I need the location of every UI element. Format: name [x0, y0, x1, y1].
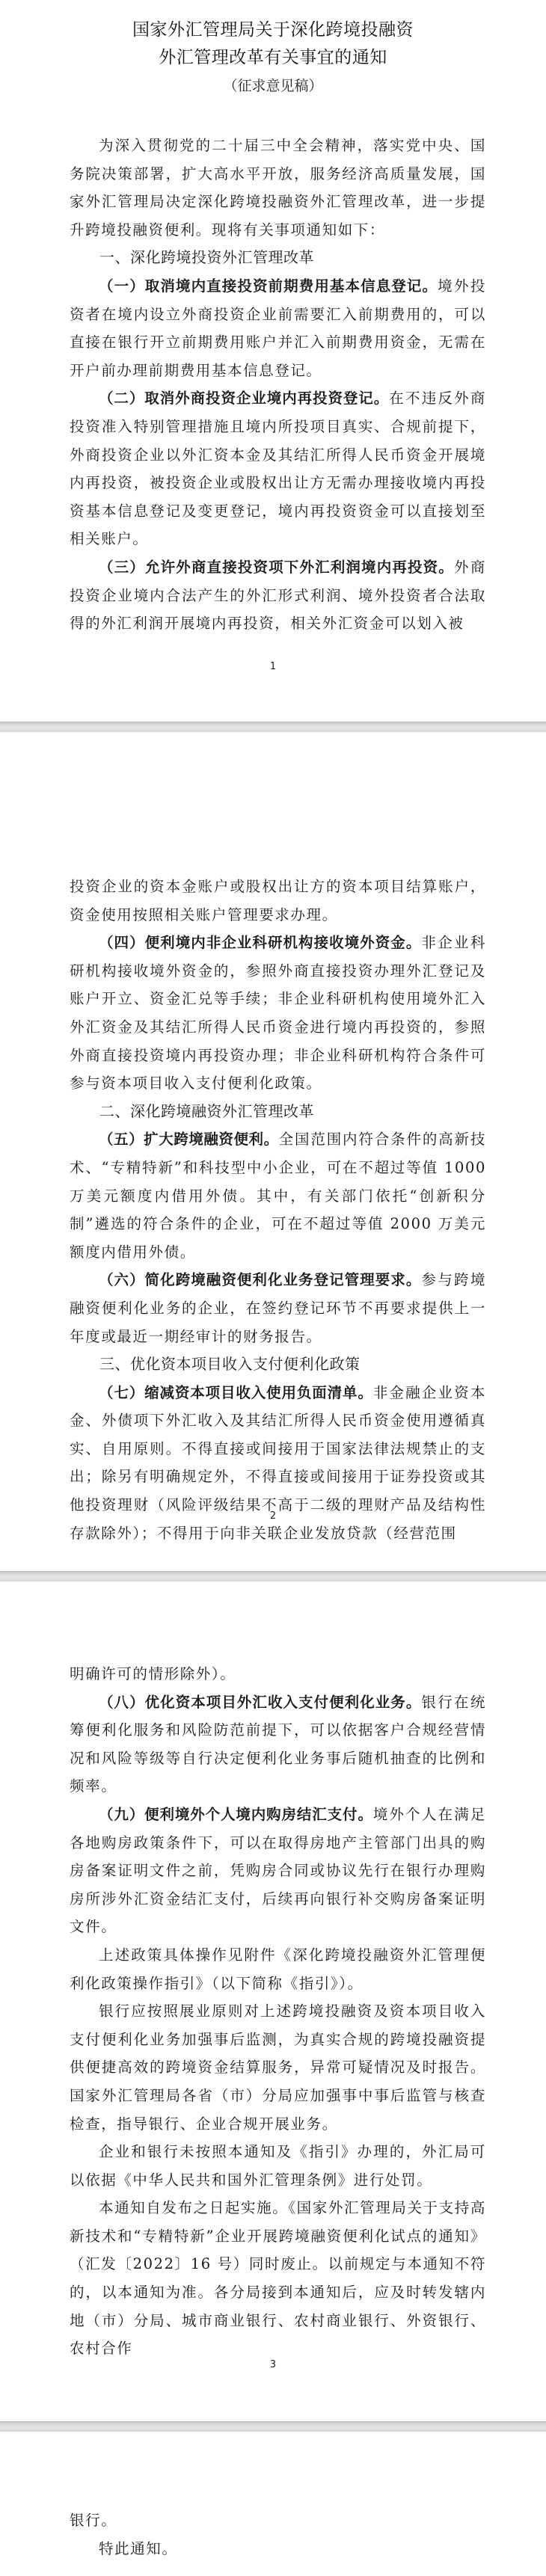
item-4-text: 非企业科研机构接收境外资金的，参照外商直接投资办理外汇登记及账户开立、资金汇兑等…: [70, 934, 486, 1092]
item-5: （五）扩大跨境融资便利。全国范围内符合条件的高新技术、“专精特新”和科技型中小企…: [70, 1125, 486, 1266]
item-4: （四）便利境内非企业科研机构接收境外资金。非企业科研机构接收境外资金的，参照外商…: [70, 929, 486, 1098]
page-number-2: 2: [0, 1510, 546, 1522]
page-4-body: 银行。 特此通知。: [70, 2506, 486, 2563]
item-9-lead: （九）便利境外个人境内购房结汇支付。: [99, 1806, 373, 1823]
document-subtitle: （征求意见稿）: [0, 73, 546, 99]
intro-paragraph: 为深入贯彻党的二十届三中全会精神，落实党中央、国务院决策部署，扩大高水平开放，服…: [70, 132, 486, 244]
page-separator: [0, 722, 546, 732]
page-number-3: 3: [0, 2359, 546, 2370]
document-page-2: 投资企业的资本金账户或股权出让方的资本项目结算账户，资金使用按照相关账户管理要求…: [0, 732, 546, 1571]
bank-supervision-paragraph: 银行应按照展业原则对上述跨境投融资及资本项目收入支付便利化业务加强事后监测，为真…: [70, 1997, 486, 2138]
document-title-line-2: 外汇管理改革有关事宜的通知: [0, 44, 546, 72]
page-separator: [0, 1571, 546, 1581]
item-8: （八）优化资本项目外汇收入支付便利化业务。银行在统筹便利化服务和风险防范前提下，…: [70, 1688, 486, 1801]
item-6-lead: （六）简化跨境融资便利化业务登记管理要求。: [99, 1271, 421, 1288]
item-4-lead: （四）便利境内非企业科研机构接收境外资金。: [99, 934, 421, 951]
item-6: （六）简化跨境融资便利化业务登记管理要求。参与跨境融资便利化业务的企业，在签约登…: [70, 1266, 486, 1350]
continuation-text: 明确许可的情形除外）。: [70, 1660, 486, 1688]
page-1-body: 为深入贯彻党的二十届三中全会精神，落实党中央、国务院决策部署，扩大高水平开放，服…: [70, 132, 486, 638]
continuation-text: 投资企业的资本金账户或股权出让方的资本项目结算账户，资金使用按照相关账户管理要求…: [70, 873, 486, 929]
item-5-text: 全国范围内符合条件的高新技术、“专精特新”和科技型中小企业，可在不超过等值 10…: [70, 1131, 486, 1260]
item-5-lead: （五）扩大跨境融资便利。: [99, 1131, 279, 1148]
document-page-1: 国家外汇管理局关于深化跨境投融资 外汇管理改革有关事宜的通知 （征求意见稿） 为…: [0, 0, 546, 722]
effective-date-paragraph: 本通知自发布之日起实施。《国家外汇管理局关于支持高新技术和“专精特新”企业开展跨…: [70, 2194, 486, 2363]
continuation-text: 银行。: [70, 2506, 486, 2535]
document-page-4: 银行。 特此通知。: [0, 2432, 546, 2576]
section-heading-1: 一、深化跨境投资外汇管理改革: [70, 244, 486, 272]
item-1-lead: （一）取消境内直接投资前期费用基本信息登记。: [99, 277, 438, 295]
page-3-body: 明确许可的情形除外）。 （八）优化资本项目外汇收入支付便利化业务。银行在统筹便利…: [70, 1660, 486, 2363]
section-heading-2: 二、深化跨境融资外汇管理改革: [70, 1098, 486, 1126]
closing-paragraph: 特此通知。: [70, 2535, 486, 2563]
item-2-text: 在不违反外商投资准入特别管理措施且境内所投项目真实、合规前提下，外商投资企业以外…: [70, 390, 486, 547]
document-title-line-1: 国家外汇管理局关于深化跨境投融资: [0, 16, 546, 44]
item-7-lead: （七）缩减资本项目收入使用负面清单。: [99, 1384, 373, 1401]
document-page-3: 明确许可的情形除外）。 （八）优化资本项目外汇收入支付便利化业务。银行在统筹便利…: [0, 1581, 546, 2421]
item-7: （七）缩减资本项目收入使用负面清单。非金融企业资本金、外债项下外汇收入及其结汇所…: [70, 1379, 486, 1548]
page-separator: [0, 2421, 546, 2432]
item-3-lead: （三）允许外商直接投资项下外汇利润境内再投资。: [99, 559, 454, 576]
item-9-text: 境外个人在满足各地购房政策条件下，可以在取得房地产主管部门出具的购房备案证明文件…: [70, 1806, 486, 1935]
item-1: （一）取消境内直接投资前期费用基本信息登记。境外投资者在境内设立外商投资企业前需…: [70, 272, 486, 384]
penalty-paragraph: 企业和银行未按照本通知及《指引》办理的，外汇局可以依据《中华人民共和国外汇管理条…: [70, 2138, 486, 2194]
item-8-lead: （八）优化资本项目外汇收入支付便利化业务。: [99, 1694, 421, 1711]
item-2-lead: （二）取消外商投资企业境内再投资登记。: [99, 390, 389, 407]
page-number-1: 1: [0, 661, 546, 672]
item-2: （二）取消外商投资企业境内再投资登记。在不违反外商投资准入特别管理措施且境内所投…: [70, 384, 486, 553]
page-2-body: 投资企业的资本金账户或股权出让方的资本项目结算账户，资金使用按照相关账户管理要求…: [70, 873, 486, 1547]
guideline-reference-paragraph: 上述政策具体操作见附件《深化跨境投融资外汇管理便利化政策操作指引》（以下简称《指…: [70, 1941, 486, 1997]
item-9: （九）便利境外个人境内购房结汇支付。境外个人在满足各地购房政策条件下，可以在取得…: [70, 1801, 486, 1941]
item-3: （三）允许外商直接投资项下外汇利润境内再投资。外商投资企业境内合法产生的外汇形式…: [70, 553, 486, 638]
section-heading-3: 三、优化资本项目收入支付便利化政策: [70, 1350, 486, 1379]
